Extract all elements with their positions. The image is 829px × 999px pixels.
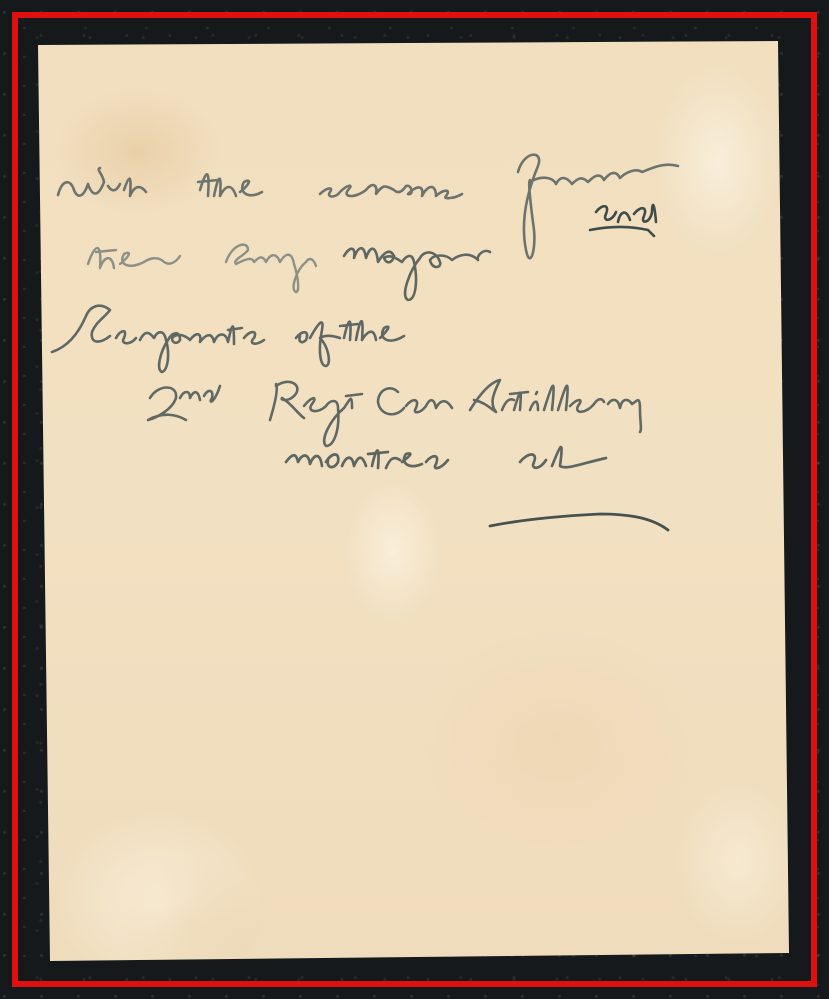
handwriting-ink: [0, 0, 829, 999]
ink-line-2: [88, 248, 180, 268]
ink-insertion-and: [596, 205, 656, 222]
ink-line-4: [148, 386, 220, 420]
ink-flourish-underline: [490, 514, 668, 530]
ink-line-5: [286, 450, 448, 468]
ink-line-1: [58, 168, 146, 196]
ink-line-3: [52, 306, 264, 372]
